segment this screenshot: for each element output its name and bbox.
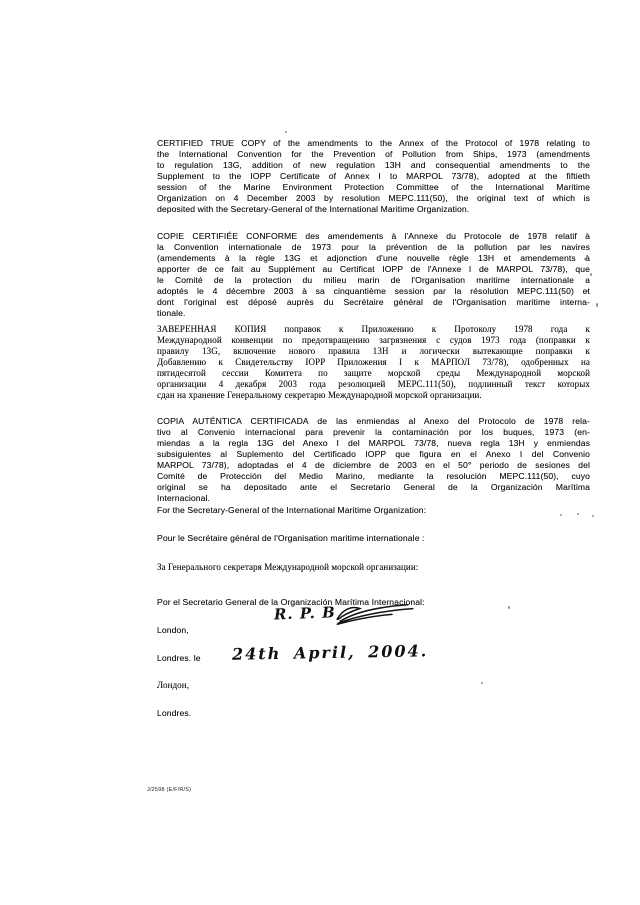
text-line: MARPOL 73/78), adoptadas el 4 de diciemb… (157, 460, 590, 471)
text-line: the International Convention for the Pre… (157, 149, 590, 160)
attestation-line-en: For the Secretary-General of the Interna… (157, 505, 426, 516)
certification-paragraph-ru: ЗАВЕРЕННАЯ КОПИЯ поправок к Приложению к… (157, 324, 590, 401)
text-line: Internacional. (157, 493, 590, 504)
text-line: сдан на хранение Генеральному секретарю … (157, 390, 590, 401)
text-line: session of the Marine Environment Protec… (157, 182, 590, 193)
text-line: tionale. (157, 308, 590, 319)
text-line: miendas a la regla 13G del Anexo I del M… (157, 438, 590, 449)
text-line: Добавлению к Свидетельству IOPP Приложен… (157, 357, 590, 368)
text-line: adoptés le 4 décembre 2003 à sa cinquant… (157, 286, 590, 297)
text-line: le Comité de la protection du milieu mar… (157, 275, 590, 286)
scanned-page: CERTIFIED TRUE COPY of the amendments to… (0, 0, 640, 905)
certification-paragraph-es: COPIA AUTÉNTICA CERTIFICADA de las enmie… (157, 416, 590, 504)
job-number: J/2598 (E/F/R/S) (147, 787, 191, 793)
text-line: CERTIFIED TRUE COPY of the amendments to… (157, 138, 590, 149)
text-line: to regulation 13G, addition of new regul… (157, 160, 590, 171)
dateline-london-ru: Лондон, (157, 680, 189, 691)
dateline-londres-es: Londres. (157, 708, 191, 719)
signature-flourish (333, 602, 416, 629)
text-line: la Convention internationale de 1973 pou… (157, 242, 590, 253)
scan-speck (560, 514, 562, 516)
certification-paragraph-en: CERTIFIED TRUE COPY of the amendments to… (157, 138, 590, 215)
scan-speck (592, 515, 594, 517)
attestation-line-fr: Pour le Secrétaire général de l'Organisa… (157, 533, 425, 544)
text-line: deposited with the Secretary-General of … (157, 204, 590, 215)
text-line: ЗАВЕРЕННАЯ КОПИЯ поправок к Приложению к… (157, 324, 590, 335)
scan-speck (481, 682, 483, 684)
text-line: COPIA AUTÉNTICA CERTIFICADA de las enmie… (157, 416, 590, 427)
text-line: пятидесятой сессии Комитета по защите мо… (157, 368, 590, 379)
text-line: организации 4 декабря 2003 года резолюци… (157, 379, 590, 390)
text-line: COPIE CERTIFIÉE CONFORME des amendements… (157, 231, 590, 242)
certification-paragraph-fr: COPIE CERTIFIÉE CONFORME des amendements… (157, 231, 590, 319)
scan-speck (596, 303, 598, 307)
dateline-london-en: London, (157, 625, 189, 636)
text-line: apporter de ce fait au Supplément au Cer… (157, 264, 590, 275)
scan-speck (590, 273, 592, 276)
scan-speck (584, 258, 586, 260)
handwritten-date: 24th April, 2004. (232, 641, 429, 663)
text-line: (amendements à la règle 13G et adjonctio… (157, 253, 590, 264)
scan-speck (586, 290, 588, 292)
scan-speck (577, 513, 579, 515)
dateline-londres-le: Londres. le (157, 653, 201, 664)
scan-speck (285, 131, 287, 133)
text-line: Supplement to the IOPP Certificate of An… (157, 171, 590, 182)
text-line: Organization on 4 December 2003 by resol… (157, 193, 590, 204)
signature-initials: R. P. B (274, 603, 336, 623)
scan-speck (508, 606, 510, 609)
text-line: Международной конвенции по предотвращени… (157, 335, 590, 346)
attestation-line-ru: За Генерального секретаря Международной … (157, 562, 418, 573)
text-line: original se ha depositado ante el Secret… (157, 482, 590, 493)
text-line: subsiguientes al Suplemento del Certific… (157, 449, 590, 460)
text-line: tivo al Convenio internacional para prev… (157, 427, 590, 438)
text-line: правилу 13G, включение нового правила 13… (157, 346, 590, 357)
text-line: dont l'original est déposé auprès du Sec… (157, 297, 590, 308)
text-line: Comité de Protección del Medio Marino, m… (157, 471, 590, 482)
signature: R. P. B (274, 601, 417, 631)
